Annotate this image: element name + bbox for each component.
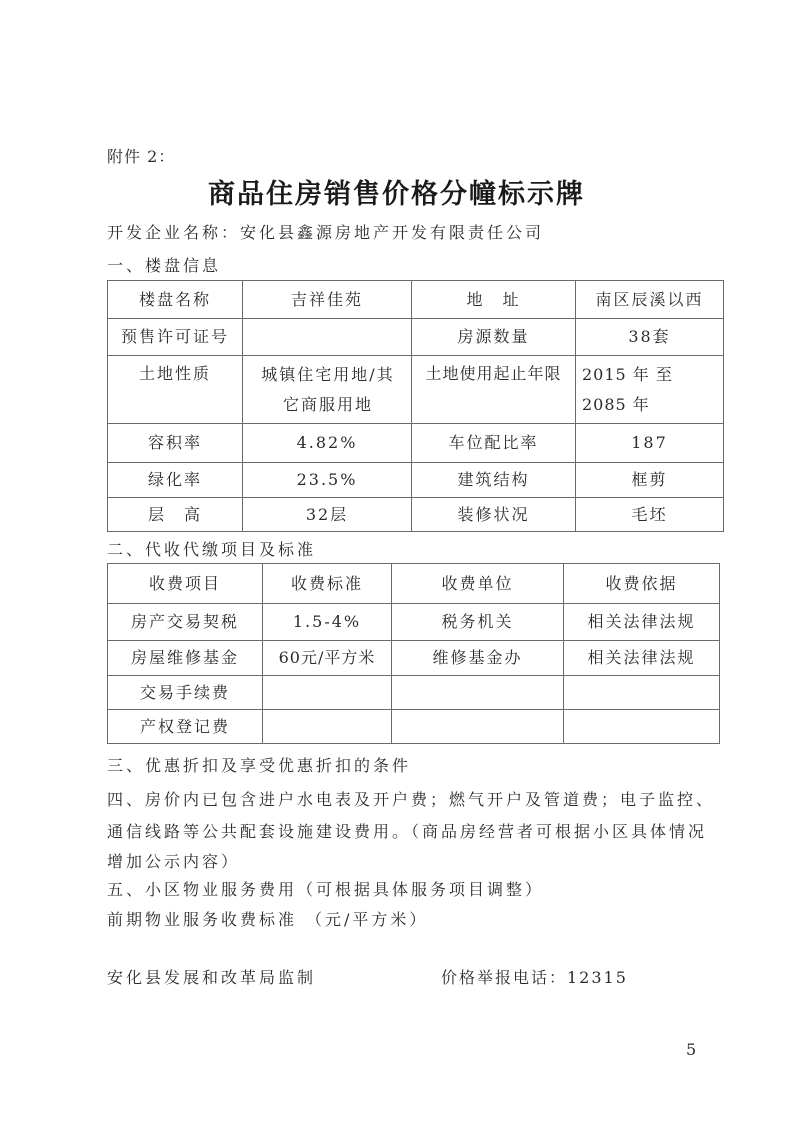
fee-unit-cell: [392, 710, 564, 744]
value-cell: 2015 年 至 2085 年: [576, 356, 724, 424]
property-fee-label: 前期物业服务收费标准: [107, 910, 297, 930]
fee-unit-cell: 维修基金办: [392, 641, 564, 676]
developer-company: 开发企业名称：安化县鑫源房地产开发有限责任公司: [107, 223, 544, 243]
value-cell: 城镇住宅用地/其它商服用地: [243, 356, 412, 424]
section2-heading: 二、代收代缴项目及标准: [107, 540, 316, 560]
column-header: 收费依据: [564, 564, 720, 604]
table-row: 层 高 32层 装修状况 毛坯: [108, 498, 724, 532]
column-header: 收费标准: [263, 564, 392, 604]
fee-item-cell: 交易手续费: [108, 676, 263, 710]
fee-item-cell: 产权登记费: [108, 710, 263, 744]
label-cell: 绿化率: [108, 463, 243, 498]
fee-standard-cell: [263, 710, 392, 744]
table-row: 房屋维修基金 60元/平方米 维修基金办 相关法律法规: [108, 641, 720, 676]
table-row: 楼盘名称 吉祥佳苑 地 址 南区辰溪以西: [108, 281, 724, 319]
label-cell: 车位配比率: [412, 424, 576, 463]
supervisor-label: 安化县发展和改革局监制: [107, 968, 316, 988]
label-cell: 建筑结构: [412, 463, 576, 498]
value-cell: 38套: [576, 319, 724, 356]
section4-line3: 增加公示内容）: [107, 852, 240, 872]
column-header: 收费项目: [108, 564, 263, 604]
table-row: 产权登记费: [108, 710, 720, 744]
value-cell: 南区辰溪以西: [576, 281, 724, 319]
fee-unit-cell: 税务机关: [392, 604, 564, 641]
label-cell: 地 址: [412, 281, 576, 319]
section4-line2: 通信线路等公共配套设施建设费用。（商品房经营者可根据小区具体情况: [107, 822, 707, 842]
value-cell: 32层: [243, 498, 412, 532]
fee-basis-cell: [564, 710, 720, 744]
property-info-table: 楼盘名称 吉祥佳苑 地 址 南区辰溪以西 预售许可证号 房源数量 38套 土地性…: [107, 280, 724, 532]
fee-item-cell: 房屋维修基金: [108, 641, 263, 676]
value-cell: 吉祥佳苑: [243, 281, 412, 319]
attachment-label: 附件 2：: [107, 144, 175, 167]
page-title: 商品住房销售价格分幢标示牌: [0, 172, 793, 211]
label-cell: 楼盘名称: [108, 281, 243, 319]
value-cell: 187: [576, 424, 724, 463]
section1-heading: 一、楼盘信息: [107, 256, 221, 276]
table-row: 交易手续费: [108, 676, 720, 710]
page-number: 5: [686, 1040, 696, 1059]
label-cell: 容积率: [108, 424, 243, 463]
value-cell: 23.5%: [243, 463, 412, 498]
table-row: 预售许可证号 房源数量 38套: [108, 319, 724, 356]
column-header: 收费单位: [392, 564, 564, 604]
fee-standard-cell: 1.5-4%: [263, 604, 392, 641]
value-cell: 4.82%: [243, 424, 412, 463]
collected-fees-table: 收费项目 收费标准 收费单位 收费依据 房产交易契税 1.5-4% 税务机关 相…: [107, 563, 720, 744]
label-cell: 土地性质: [108, 356, 243, 424]
property-fee-unit: （元/平方米）: [306, 910, 428, 930]
table-row: 绿化率 23.5% 建筑结构 框剪: [108, 463, 724, 498]
table-row: 容积率 4.82% 车位配比率 187: [108, 424, 724, 463]
fee-standard-cell: [263, 676, 392, 710]
fee-unit-cell: [392, 676, 564, 710]
fee-basis-cell: 相关法律法规: [564, 604, 720, 641]
price-hotline: 价格举报电话：12315: [441, 968, 628, 988]
table-row: 房产交易契税 1.5-4% 税务机关 相关法律法规: [108, 604, 720, 641]
table-header-row: 收费项目 收费标准 收费单位 收费依据: [108, 564, 720, 604]
section4-line1: 四、房价内已包含进户水电表及开户费；燃气开户及管道费；电子监控、: [107, 790, 715, 810]
fee-basis-cell: 相关法律法规: [564, 641, 720, 676]
label-cell: 房源数量: [412, 319, 576, 356]
label-cell: 装修状况: [412, 498, 576, 532]
table-row: 土地性质 城镇住宅用地/其它商服用地 土地使用起止年限 2015 年 至 208…: [108, 356, 724, 424]
label-cell: 土地使用起止年限: [412, 356, 576, 424]
value-cell: 毛坯: [576, 498, 724, 532]
value-cell: [243, 319, 412, 356]
label-cell: 预售许可证号: [108, 319, 243, 356]
fee-basis-cell: [564, 676, 720, 710]
label-cell: 层 高: [108, 498, 243, 532]
fee-item-cell: 房产交易契税: [108, 604, 263, 641]
fee-standard-cell: 60元/平方米: [263, 641, 392, 676]
section5-property-fees: 五、小区物业服务费用（可根据具体服务项目调整）: [107, 880, 544, 900]
section3-discount-conditions: 三、优惠折扣及享受优惠折扣的条件: [107, 756, 411, 776]
value-cell: 框剪: [576, 463, 724, 498]
